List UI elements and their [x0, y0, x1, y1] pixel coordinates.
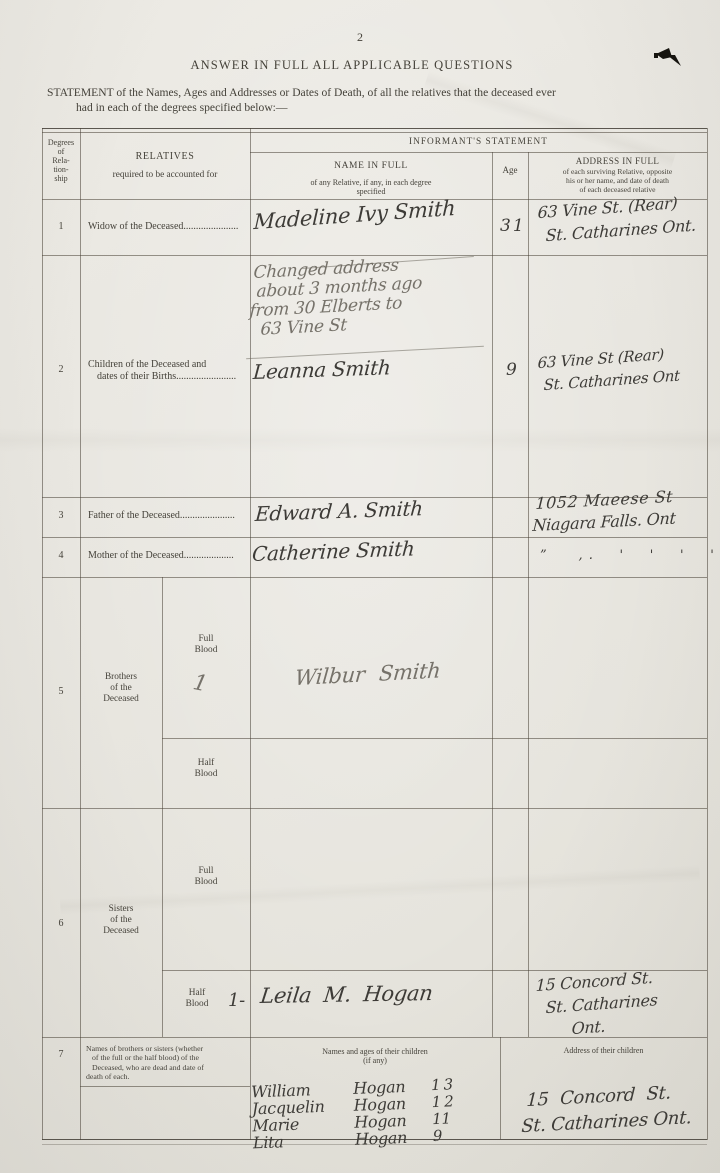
header-degrees-line: Rela- [42, 156, 80, 165]
page-title: ANSWER IN FULL ALL APPLICABLE QUESTIONS [0, 58, 704, 73]
header-name-sub: specified [250, 187, 492, 196]
row5-full-blood-label: Full Blood [162, 634, 250, 656]
row7-label-line: of the full or the half blood) of the [92, 1053, 246, 1062]
row6-degree: 6 [42, 918, 80, 929]
row3-name-handwriting: Edward A. Smith [254, 496, 423, 526]
table-rule [42, 1037, 707, 1038]
row2-address-handwriting: St. Catharines Ont [543, 366, 680, 394]
row7-label-line: Deceased, who are dead and date of [92, 1063, 246, 1072]
row5-full-blood-line: Full [162, 634, 250, 645]
row5-half-blood-label: Half Blood [162, 758, 250, 780]
row2-label: Children of the Deceased and [88, 359, 206, 370]
header-address-sub: of each surviving Relative, opposite [528, 167, 707, 176]
row2-note-handwriting: Changed address about 3 months ago from … [250, 255, 424, 340]
row7-children-header: Names and ages of their children [250, 1047, 500, 1056]
row5-half-blood-line: Blood [162, 769, 250, 780]
row6-address-handwriting: St. Catharines [545, 990, 658, 1017]
header-name-sub: of any Relative, if any, in each degree [250, 178, 492, 187]
row7-address-header: Address of their children [500, 1046, 707, 1055]
row3-address-handwriting: Niagara Falls. Ont [532, 508, 676, 535]
table-rule [42, 808, 707, 809]
header-degrees: Degrees of Rela- tion- ship [42, 138, 80, 183]
header-relatives-title: RELATIVES [80, 151, 250, 162]
paper-crease [57, 803, 703, 976]
row7-address-handwriting: 15 Concord St. [526, 1082, 672, 1111]
table-rule [42, 128, 43, 1140]
row5-relative-line: Deceased [80, 694, 162, 705]
row6-half-name-handwriting: Leila M. Hogan [259, 981, 434, 1008]
row4-ditto-marks: ” , . ' ' ' ' ' , [540, 548, 720, 563]
row6-half-count-handwriting: 1- [228, 990, 245, 1011]
row2-name-handwriting: Leanna Smith [252, 355, 391, 384]
row5-half-blood-line: Half [162, 758, 250, 769]
row6-full-blood-line: Full [162, 866, 250, 877]
row1-label: Widow of the Deceased...................… [88, 221, 238, 232]
row4-degree: 4 [42, 550, 80, 561]
row5-relative-line: Brothers [80, 672, 162, 683]
table-rule [42, 577, 707, 578]
table-rule [707, 128, 708, 1140]
table-rule [162, 738, 707, 739]
table-rule [42, 128, 707, 129]
row7-child-age: 9 [433, 1127, 443, 1146]
row2-label: dates of their Births...................… [97, 371, 236, 382]
row3-degree: 3 [42, 510, 80, 521]
row7-child-surname: Hogan [355, 1127, 434, 1149]
table-rule [80, 1086, 250, 1087]
row6-address-handwriting: Ont. [571, 1017, 605, 1038]
row7-children-header: (if any) [250, 1056, 500, 1065]
row5-relative-label: Brothers of the Deceased [80, 672, 162, 705]
header-address-sub: of each deceased relative [528, 185, 707, 194]
table-rule [250, 152, 707, 153]
row5-full-name-handwriting: Wilbur Smith [294, 658, 442, 690]
table-rule [42, 132, 707, 133]
row6-full-blood-label: Full Blood [162, 866, 250, 888]
table-rule [528, 152, 529, 1037]
header-degrees-line: ship [42, 174, 80, 183]
row5-full-blood-line: Blood [162, 645, 250, 656]
ink-blot-mark [652, 45, 688, 71]
header-degrees-line: Degrees [42, 138, 80, 147]
row6-half-blood-line: Blood [162, 999, 232, 1010]
header-address-sub: his or her name, and date of death [528, 176, 707, 185]
header-name-title: NAME IN FULL [250, 161, 492, 171]
table-rule [250, 128, 251, 1140]
row5-degree: 5 [42, 686, 80, 697]
row7-degree: 7 [42, 1049, 80, 1060]
statement-line-1: STATEMENT of the Names, Ages and Address… [47, 86, 556, 99]
row7-address-handwriting: St. Catharines Ont. [521, 1107, 692, 1137]
row4-name-handwriting: Catherine Smith [251, 536, 415, 566]
header-address-title: ADDRESS IN FULL [528, 156, 707, 166]
row5-full-count-handwriting: 1 [191, 670, 210, 697]
table-rule [80, 128, 81, 1140]
row6-half-blood-label: Half Blood [162, 988, 232, 1010]
paper-crease [0, 380, 720, 500]
row7-child-name: Lita [253, 1130, 356, 1153]
header-informants-statement: INFORMANT'S STATEMENT [250, 137, 707, 147]
row2-age-handwriting: 9 [506, 360, 517, 380]
row4-label: Mother of the Deceased..................… [88, 550, 234, 561]
row7-children-handwriting: William Hogan 13 Jacquelin Hogan 12 Mari… [251, 1074, 503, 1153]
row1-name-handwriting: Madeline Ivy Smith [253, 196, 456, 234]
row3-label: Father of the Deceased..................… [88, 510, 235, 521]
header-age: Age [492, 165, 528, 175]
header-relatives-sub: required to be accounted for [80, 170, 250, 180]
scanned-form-page: 2 ANSWER IN FULL ALL APPLICABLE QUESTION… [0, 0, 720, 1173]
row6-relative-label: Sisters of the Deceased [80, 904, 162, 937]
row2-degree: 2 [42, 364, 80, 375]
row6-relative-line: of the [80, 915, 162, 926]
row1-degree: 1 [42, 221, 80, 232]
page-number: 2 [0, 30, 720, 45]
row5-relative-line: of the [80, 683, 162, 694]
row6-relative-line: Deceased [80, 926, 162, 937]
row6-relative-line: Sisters [80, 904, 162, 915]
row7-label-line: death of each. [86, 1072, 246, 1081]
header-degrees-line: of [42, 147, 80, 156]
row6-full-blood-line: Blood [162, 877, 250, 888]
table-rule [492, 152, 493, 1037]
statement-line-2: had in each of the degrees specified bel… [76, 101, 288, 114]
row1-age-handwriting: 31 [500, 216, 526, 236]
header-degrees-line: tion- [42, 165, 80, 174]
row7-label-line: Names of brothers or sisters (whether [86, 1044, 246, 1053]
row7-label: Names of brothers or sisters (whether of… [86, 1044, 246, 1082]
row6-half-blood-line: Half [162, 988, 232, 999]
